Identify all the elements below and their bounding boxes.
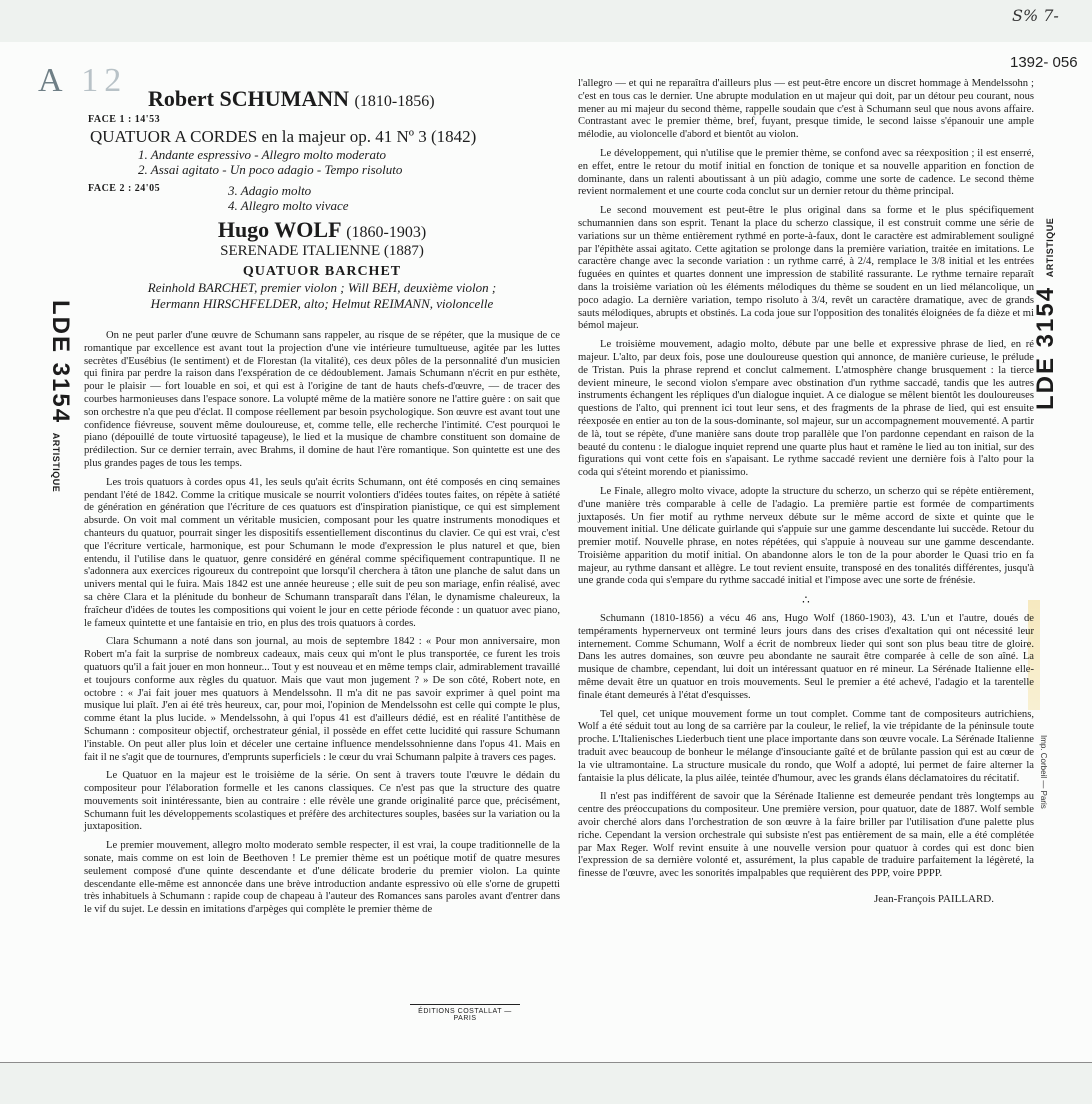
paragraph: Schumann (1810-1856) a vécu 46 ans, Hugo… xyxy=(578,613,1034,703)
spine-code: LDE 3154 xyxy=(1032,286,1059,410)
paragraph: Le second mouvement est peut-être le plu… xyxy=(578,205,1034,333)
composer-dates: (1860-1903) xyxy=(346,224,426,241)
publisher-footer: ÉDITIONS COSTALLAT — PARIS xyxy=(410,1004,520,1022)
composer-dates: (1810-1856) xyxy=(355,93,435,110)
catalog-number: 1392- 056 xyxy=(1010,54,1078,71)
spine-sublabel: ARTISTIQUE xyxy=(51,433,61,493)
top-margin-strip xyxy=(0,0,1092,43)
composer-wolf: Hugo WOLF (1860-1903) xyxy=(82,217,562,243)
paragraph: On ne peut parler d'une œuvre de Schuman… xyxy=(84,330,560,471)
composer-schumann: Robert SCHUMANN (1810-1856) xyxy=(148,86,562,112)
paragraph: Le Finale, allegro molto vivace, adopte … xyxy=(578,486,1034,588)
schumann-work-title: QUATUOR A CORDES en la majeur op. 41 Nº … xyxy=(90,127,562,147)
album-header: Robert SCHUMANN (1810-1856) FACE 1 : 14'… xyxy=(82,86,562,312)
ensemble-members-2: Hermann HIRSCHFELDER, alto; Helmut REIMA… xyxy=(82,296,562,312)
ensemble-members-1: Reinhold BARCHET, premier violon ; Will … xyxy=(82,280,562,296)
section-separator-icon: ∴ xyxy=(578,594,1034,607)
paragraph: Le troisième mouvement, adagio molto, dé… xyxy=(578,339,1034,480)
face2-movements: 3. Adagio molto 4. Allegro molto vivace xyxy=(228,183,349,213)
wolf-work-title: SERENADE ITALIENNE (1887) xyxy=(82,243,562,260)
ensemble-name: QUATUOR BARCHET xyxy=(82,264,562,280)
paragraph: Clara Schumann a noté dans son journal, … xyxy=(84,636,560,764)
spine-label-right: LDE 3154 ARTISTIQUE xyxy=(1032,218,1060,410)
movement-item: 3. Adagio molto xyxy=(228,183,349,198)
face2-block: FACE 2 : 24'05 3. Adagio molto 4. Allegr… xyxy=(82,183,562,213)
paragraph: Le Quatuor en la majeur est le troisième… xyxy=(84,770,560,834)
notes-column-left: On ne peut parler d'une œuvre de Schuman… xyxy=(84,330,560,923)
movement-item: 4. Allegro molto vivace xyxy=(228,198,349,213)
spine-code: LDE 3154 xyxy=(47,300,74,424)
paragraph: Il n'est pas indifférent de savoir que l… xyxy=(578,791,1034,881)
movement-item: 2. Assai agitato - Un poco adagio - Temp… xyxy=(138,162,562,177)
paragraph: Tel quel, cet unique mouvement forme un … xyxy=(578,709,1034,786)
stamp-letter: A xyxy=(38,62,67,99)
spine-label-left: LDE 3154 ARTISTIQUE xyxy=(46,300,74,492)
printer-credit: Imp. Corbeil — Paris xyxy=(1039,735,1048,809)
composer-name: Hugo WOLF xyxy=(218,217,341,242)
movement-item: 1. Andante espressivo - Allegro molto mo… xyxy=(138,147,562,162)
composer-name: Robert SCHUMANN xyxy=(148,86,349,111)
paragraph: Le développement, qui n'utilise que le p… xyxy=(578,148,1034,199)
bottom-margin-strip xyxy=(0,1062,1092,1104)
notes-column-right: l'allegro — et qui ne reparaîtra d'aille… xyxy=(578,78,1034,906)
author-signature: Jean-François PAILLARD. xyxy=(578,893,1034,906)
paragraph: Les trois quatuors à cordes opus 41, les… xyxy=(84,477,560,631)
handwritten-note: S% 7- xyxy=(1012,6,1059,25)
face1-movements: 1. Andante espressivo - Allegro molto mo… xyxy=(138,147,562,177)
spine-sublabel: ARTISTIQUE xyxy=(1045,218,1055,278)
paragraph: Le premier mouvement, allegro molto mode… xyxy=(84,840,560,917)
face1-duration: FACE 1 : 14'53 xyxy=(88,114,562,125)
paragraph: l'allegro — et qui ne reparaîtra d'aille… xyxy=(578,78,1034,142)
face2-duration: FACE 2 : 24'05 xyxy=(88,183,228,213)
